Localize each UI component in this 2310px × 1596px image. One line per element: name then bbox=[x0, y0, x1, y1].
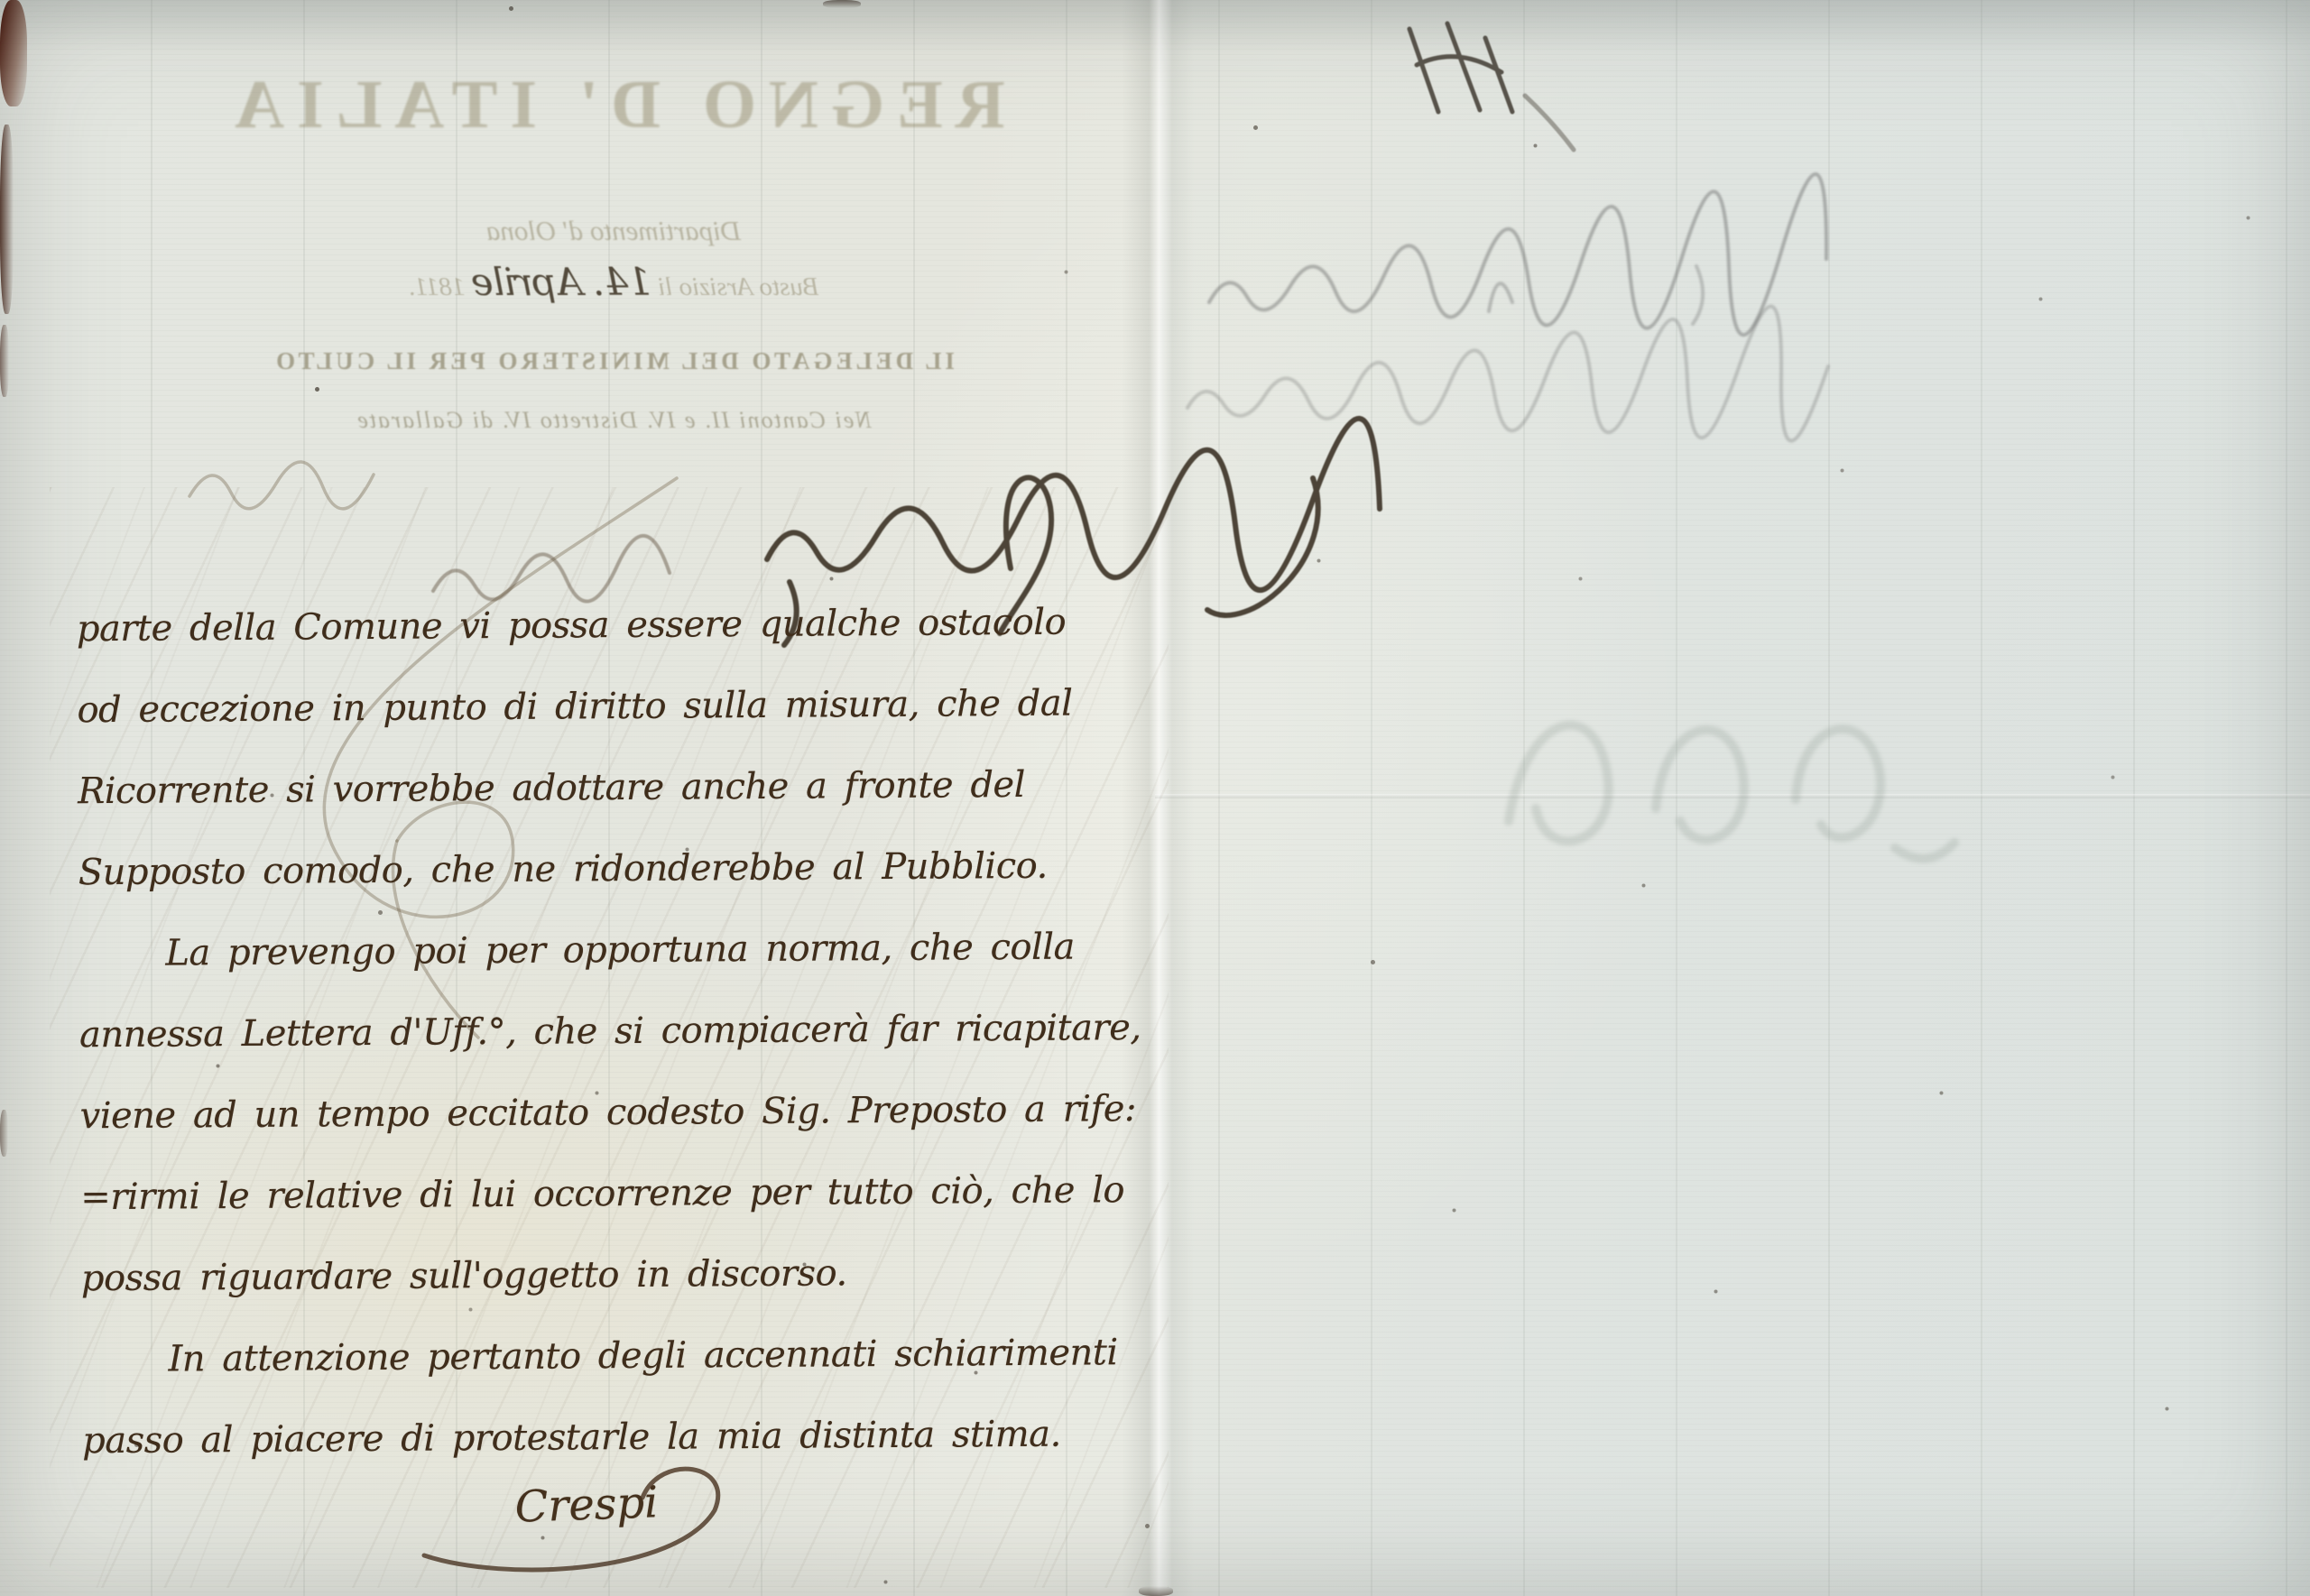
scanned-letter-spread: REGNO D' ITALIA Dipartimento d' Olona Bu… bbox=[0, 0, 2310, 1596]
scan-vignette bbox=[0, 0, 2310, 1596]
